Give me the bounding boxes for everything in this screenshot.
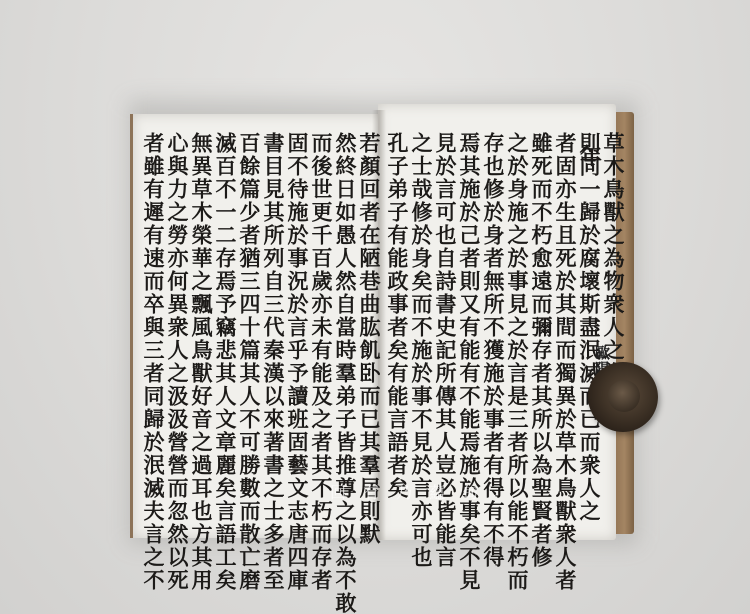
weight-knob (608, 380, 640, 412)
text-column: 孔子弟子有能政事者矣有能言語者矣 (384, 132, 408, 532)
text-column: 然終日如愚人然自當時羣弟子皆推尊之以為不敢望而及 (332, 132, 356, 532)
corner-mark: 年 (580, 140, 602, 171)
text-column: 者雖有遲有速而卒與三者同歸於泯滅夫言之不 (140, 132, 164, 532)
text-column: 焉其施於己者則又有能有不能焉施於事矣不見 (456, 132, 480, 532)
text-column: 草木鳥獸之為物衆人之為 (600, 132, 624, 532)
text-column: 固不待施於事況於言乎予讀班固藝文志唐四庫 (284, 132, 308, 532)
bronze-weight (588, 362, 658, 432)
text-column: 雖死而不朽愈遠而彌存者其所以為聖賢者修 (528, 132, 552, 532)
text-column: 存也修於身者無所不獲施於事者有得有不得 (480, 132, 504, 532)
text-column: 而後世更千百歲亦未有能及之者其不朽而存者 (308, 132, 332, 532)
text-column: 之於身施之於事見之於言是三者所以能不朽而 (504, 132, 528, 532)
watermark: 回 有 乃 蘊 甸 (330, 480, 484, 503)
right-page-text: 草木鳥獸之為物衆人之為 則同一歸於腐壞斯盡泯滅而已而衆人之 者固亦生且死於其間而… (384, 132, 624, 532)
left-page-text: 若顏回者在陋巷曲肱飢卧而已其羣居則默 然終日如愚人然自當時羣弟子皆推尊之以為不敢… (140, 132, 380, 532)
text-column: 則同一歸於腐壞斯盡泯滅而已而衆人之 (576, 132, 600, 532)
text-column: 若顏回者在陋巷曲肱飢卧而已其羣居則默 (356, 132, 380, 532)
text-column: 滅百不一二存焉予竊悲其人文章麗矣言語工矣 (212, 132, 236, 532)
text-column: 心與力之勞亦何異衆人之汲汲營營而忽然以死 (164, 132, 188, 532)
text-column: 書目見其所列自三代秦漢以來著書之士多者至 (260, 132, 284, 532)
text-column: 之士哉修於身矣而不施於事不見於言亦可也 (408, 132, 432, 532)
text-column: 無異草木榮華之飄風鳥獸好音之過耳也方其用 (188, 132, 212, 532)
text-column: 百餘篇少者猶三四十篇其人不可勝數而散亡磨 (236, 132, 260, 532)
text-column: 者固亦生且死於其間而獨異於草木鳥獸衆人者 (552, 132, 576, 532)
text-column: 見於言可也自詩書史記所傳其人豈必皆能言 (432, 132, 456, 532)
